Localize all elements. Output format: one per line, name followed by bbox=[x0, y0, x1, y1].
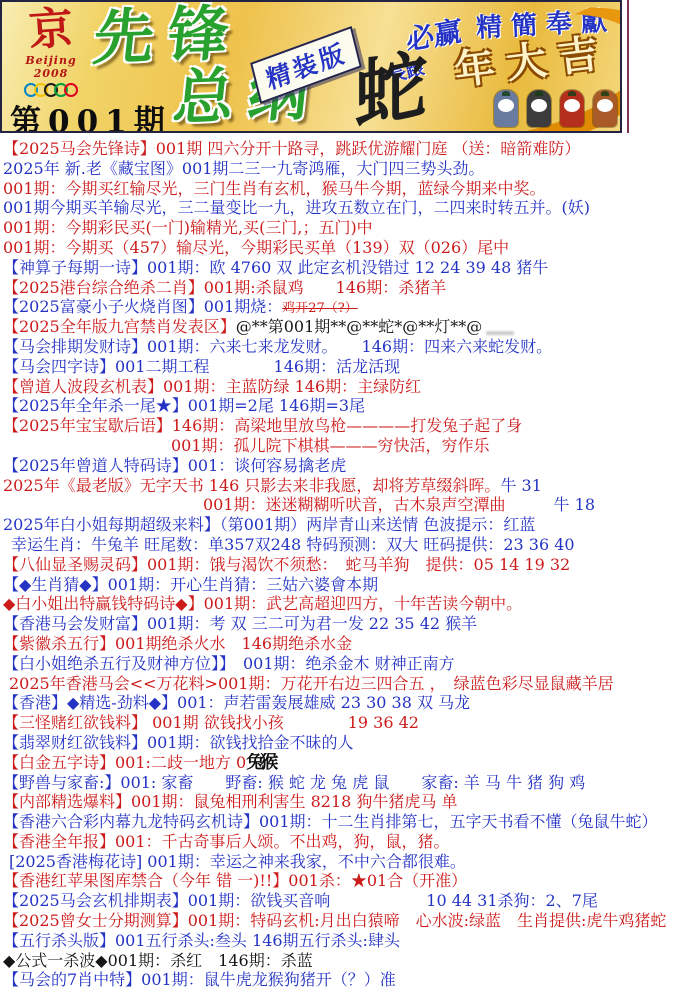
tip-line: 【2025年宝宝歇后语】146期：高梁地里放鸟枪————打发兔子起了身 bbox=[3, 416, 688, 436]
beijing2008-emblem: 京 Beijing 2008 bbox=[12, 6, 90, 96]
tip-line: 【白小姐绝杀五行及财神方位】】 001期：绝杀金木 财神正南方 bbox=[3, 654, 688, 674]
tip-line: 【紫徽杀五行】001期绝杀火水 146期绝杀水金 bbox=[3, 634, 688, 654]
fuwa-mascot-icon bbox=[593, 90, 617, 127]
tip-line: 【野兽与家畜:】001: 家畜 野畜: 猴 蛇 龙 兔 虎 鼠 家畜: 羊 马 … bbox=[3, 773, 688, 793]
fuwa-mascot-icon bbox=[527, 90, 551, 127]
tip-lines: 【2025马会先锋诗】001期 四六分开十路寻，跳跃优游耀门庭 （送：暗箭难防）… bbox=[0, 134, 688, 990]
tip-line: 【马会的7肖中特】001期：鼠牛虎龙猴狗猪开（？）准 bbox=[3, 970, 688, 990]
tip-line: 【香港红苹果图库禁合（今年 错 一)!!】001杀：★01合（开准） bbox=[3, 871, 688, 891]
banner-right-rule bbox=[627, 0, 629, 133]
tip-line: 001期：今期彩民买(一门)输精光,买(三门,；五门)中 bbox=[3, 218, 688, 238]
tip-line: 【翡翠财红欲钱料】001期：欲钱找拾金不昧的人 bbox=[3, 733, 688, 753]
beijing-seal-icon: 京 bbox=[10, 3, 91, 56]
pioneer-tipsheet-page: 京 Beijing 2008 先锋 总纲 第001期 精装版 必赢 精簡奉獻 長… bbox=[0, 0, 688, 993]
tip-line: 2025年《最老版》无字天书 146 只影去来非我愿，却将芳草缀斜晖。牛 31 bbox=[3, 476, 688, 496]
tip-line: 【2025年全年杀一尾★】001期=2尾 146期=3尾 bbox=[3, 396, 688, 416]
tip-line: 【香港六合彩内幕九龙特码玄机诗】001期：十二生肖排第七，五字天书看不懂（兔鼠牛… bbox=[3, 812, 688, 832]
tip-line: 【曾道人波段玄机表】001期：主蓝防绿 146期：主绿防红 bbox=[3, 377, 688, 397]
tip-line: 【三怪赌红欲钱料】 001期 欲钱找小孩 19 36 42 bbox=[3, 713, 688, 733]
tip-line: 【2025富豪小子火烧肖图】001期烧：鸡开27（?） bbox=[3, 297, 688, 317]
tip-line: 001期：孤儿院下棋棋———穷快活，穷作乐 bbox=[3, 436, 688, 456]
tip-line: 【2025马会玄机排期表】001期：欲钱买音响 10 44 31杀狗：2、7尾 bbox=[3, 891, 688, 911]
tip-line: 【香港】◆精选-劲料◆】001：声若雷轰展雄威 23 30 38 双 马龙 bbox=[3, 693, 688, 713]
masthead-banner: 京 Beijing 2008 先锋 总纲 第001期 精装版 必赢 精簡奉獻 長… bbox=[0, 0, 622, 133]
tip-line: 【马会排期发财诗】001期：六来七来龙发财。 146期：四来六来蛇发财。 bbox=[3, 337, 688, 357]
tip-line: 【香港马会发财富】001期：考 双 三二可为君一发 22 35 42 猴羊 bbox=[3, 614, 688, 634]
tip-line: 2025年白小姐每期超级来料】（第001期）两岸青山来送情 色波提示：红蓝 bbox=[3, 515, 688, 535]
tip-line: 【五行杀头版】001五行杀头:叁头 146期五行杀头:肆头 bbox=[3, 931, 688, 951]
tip-line: 001期：迷迷糊糊听吠音，古木泉声空潭曲 牛 18 bbox=[3, 495, 688, 515]
fuwa-mascots bbox=[494, 90, 622, 127]
tip-line: [2025香港梅花诗] 001期：幸运之神来我家，不中六合都很难。 bbox=[3, 852, 688, 872]
tip-line: 【八仙显圣赐灵码】001期：饿与渴饮不须愁： 蛇马羊狗 提供：05 14 19 … bbox=[3, 555, 688, 575]
issue-number: 第001期 bbox=[10, 96, 172, 133]
tip-line: 【马会四字诗】001二期工程 146期：活龙活现 bbox=[3, 357, 688, 377]
tip-line: 001期：今期买红输尽光，三门生肖有玄机，猴马牛今期，蓝绿今期来中奖。 bbox=[3, 179, 688, 199]
tip-line: ◆白小姐出特赢钱特码诗◆】001期：武艺高超迎四方，十年苦读今朝中。 bbox=[3, 594, 688, 614]
tip-line: 【2025全年版九宫禁肖发表区】@**第001期**@**蛇*@**灯**@ ▂… bbox=[3, 317, 688, 337]
tip-line: 【◆生肖猜◆】001期：开心生肖猜：三姑六婆會本期 bbox=[3, 575, 688, 595]
tip-line: 【2025港台综合绝杀二肖】001期:杀鼠鸡 146期：杀猪羊 bbox=[3, 278, 688, 298]
beijing2008-script: Beijing 2008 bbox=[12, 54, 90, 80]
tip-line: 【2025年曾道人特码诗】001：谈何容易擒老虎 bbox=[3, 456, 688, 476]
masthead-title-top: 先锋 bbox=[91, 3, 246, 68]
fuwa-mascot-icon bbox=[494, 90, 518, 127]
tip-line: 2025年香港马会<<万花料>001期：万花开右边三四合五 ， 绿蓝色彩尽显鼠藏… bbox=[3, 674, 688, 694]
tip-line: 001期：今期买（457）输尽光，今期彩民买单（139）双（026）尾中 bbox=[3, 238, 688, 258]
tip-line: 【白金五字诗】001:二歧一地方 0兔猴 bbox=[3, 753, 688, 773]
snake-calligraphy-glyph: 蛇 bbox=[355, 45, 427, 133]
olympic-rings-icon bbox=[12, 82, 90, 96]
tip-line: 【香港全年报】001：千古奇事后人颂。不出鸡，狗，鼠，猪。 bbox=[3, 832, 688, 852]
tip-line: 2025年 新.老《藏宝图》001期二三一九寄鸿雁，大门四三势头劲。 bbox=[3, 159, 688, 179]
tip-line: 【2025曾女士分期测算】001期：特码玄机:月出白猿啼 心水波:绿蓝 生肖提供… bbox=[3, 911, 688, 931]
tip-line: 【2025马会先锋诗】001期 四六分开十路寻，跳跃优游耀门庭 （送：暗箭难防） bbox=[3, 139, 688, 159]
tip-line: ◆公式一杀波◆001期：杀红 146期：杀蓝 bbox=[3, 951, 688, 971]
tip-line: 【神算子每期一诗】001期：欧 4760 双 此定玄机没错过 12 24 39 … bbox=[3, 258, 688, 278]
tip-line: 【内部精选爆料】001期：鼠兔相刑利害生 8218 狗牛猪虎马 单 bbox=[3, 792, 688, 812]
tip-line: 001期今期买羊输尽光，三二量变比一九，进攻五数立在门，二四来时转五并。(妖) bbox=[3, 198, 688, 218]
fuwa-mascot-icon bbox=[560, 90, 584, 127]
tip-line: 幸运生肖：牛兔羊 旺尾数：单357双248 特码预测：双大 旺码提供：23 36… bbox=[3, 535, 688, 555]
